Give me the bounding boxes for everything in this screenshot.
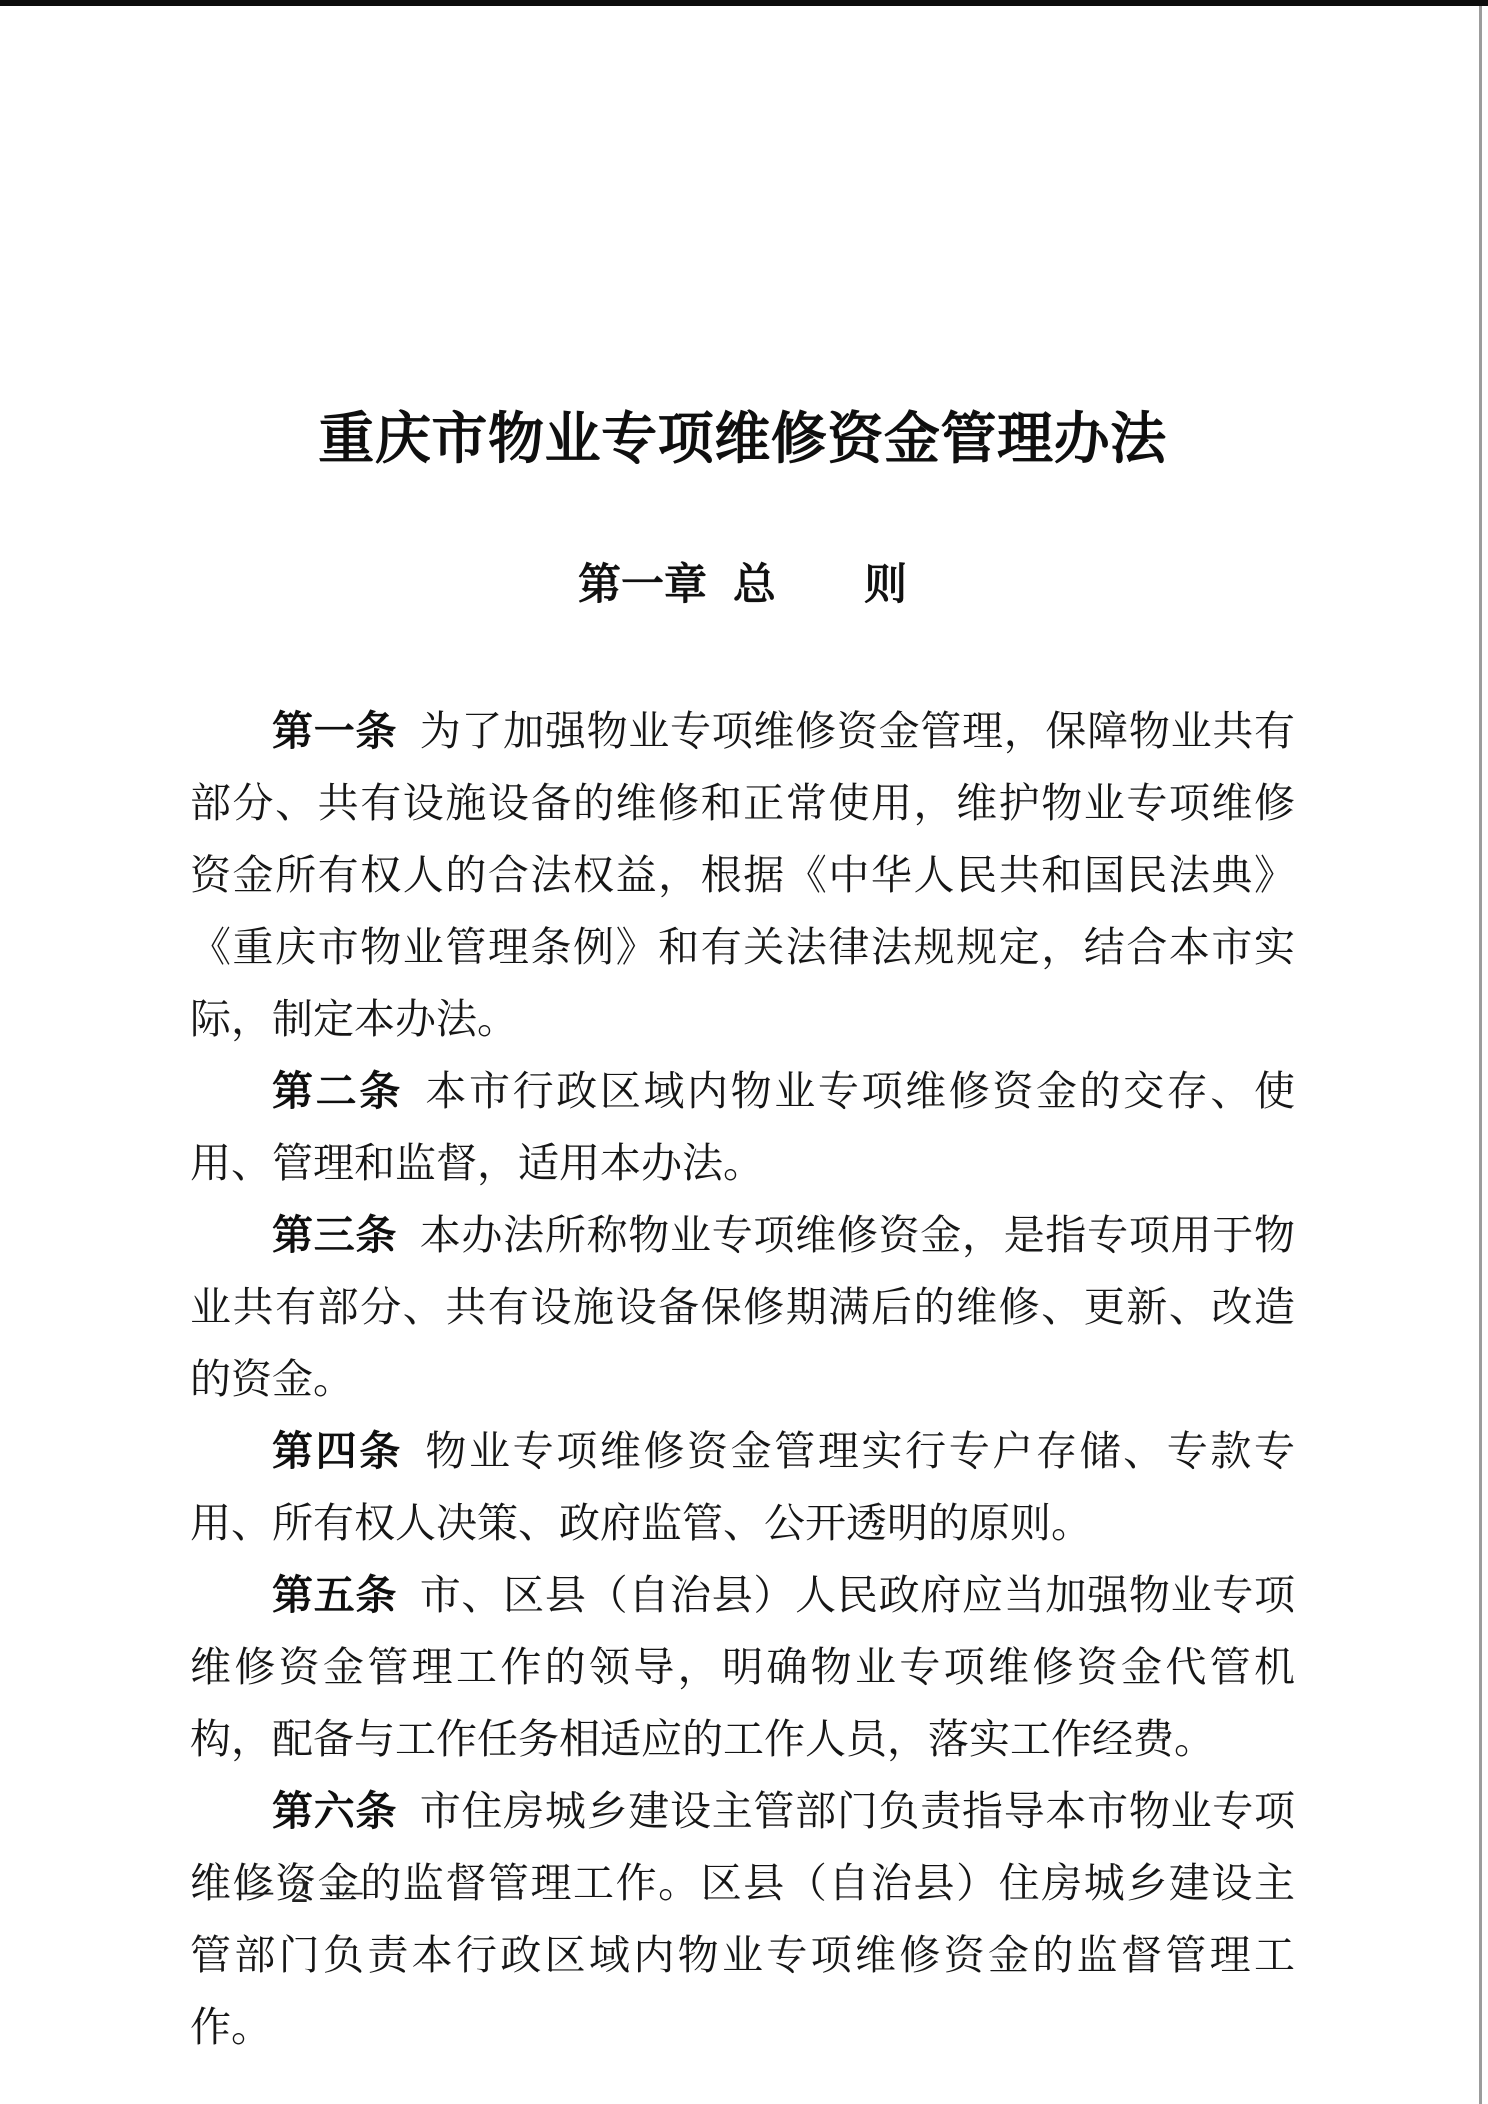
article-paragraph: 第五条市、区县（自治县）人民政府应当加强物业专项维修资金管理工作的领导，明确物业…	[190, 1559, 1295, 1775]
article-paragraph: 第四条物业专项维修资金管理实行专户存储、专款专用、所有权人决策、政府监管、公开透…	[190, 1415, 1295, 1559]
article-paragraph: 第三条本办法所称物业专项维修资金，是指专项用于物业共有部分、共有设施设备保修期满…	[190, 1199, 1295, 1415]
document-page: 重庆市物业专项维修资金管理办法 第一章总则 第一条为了加强物业专项维修资金管理，…	[0, 0, 1488, 2104]
chapter-heading: 第一章总则	[190, 560, 1295, 610]
article-number: 第四条	[272, 1428, 403, 1474]
document-content: 重庆市物业专项维修资金管理办法 第一章总则 第一条为了加强物业专项维修资金管理，…	[190, 0, 1295, 2063]
document-title: 重庆市物业专项维修资金管理办法	[190, 408, 1295, 472]
chapter-number: 第一章	[578, 561, 707, 609]
article-number: 第六条	[272, 1788, 397, 1834]
article-number: 第二条	[272, 1068, 403, 1114]
article-paragraph: 第二条本市行政区域内物业专项维修资金的交存、使用、管理和监督，适用本办法。	[190, 1055, 1295, 1199]
article-number: 第一条	[272, 708, 397, 754]
article-number: 第五条	[272, 1572, 397, 1618]
article-number: 第三条	[272, 1212, 397, 1258]
page-number: — 2 —	[237, 1868, 367, 1912]
scan-edge-right-line	[1479, 6, 1482, 2104]
article-paragraph: 第六条市住房城乡建设主管部门负责指导本市物业专项维修资金的监督管理工作。区县（自…	[190, 1775, 1295, 2063]
article-paragraph: 第一条为了加强物业专项维修资金管理，保障物业共有部分、共有设施设备的维修和正常使…	[190, 695, 1295, 1055]
article-text: 为了加强物业专项维修资金管理，保障物业共有部分、共有设施设备的维修和正常使用，维…	[190, 708, 1295, 1042]
articles-body: 第一条为了加强物业专项维修资金管理，保障物业共有部分、共有设施设备的维修和正常使…	[190, 695, 1295, 2063]
chapter-title: 总则	[733, 561, 995, 609]
